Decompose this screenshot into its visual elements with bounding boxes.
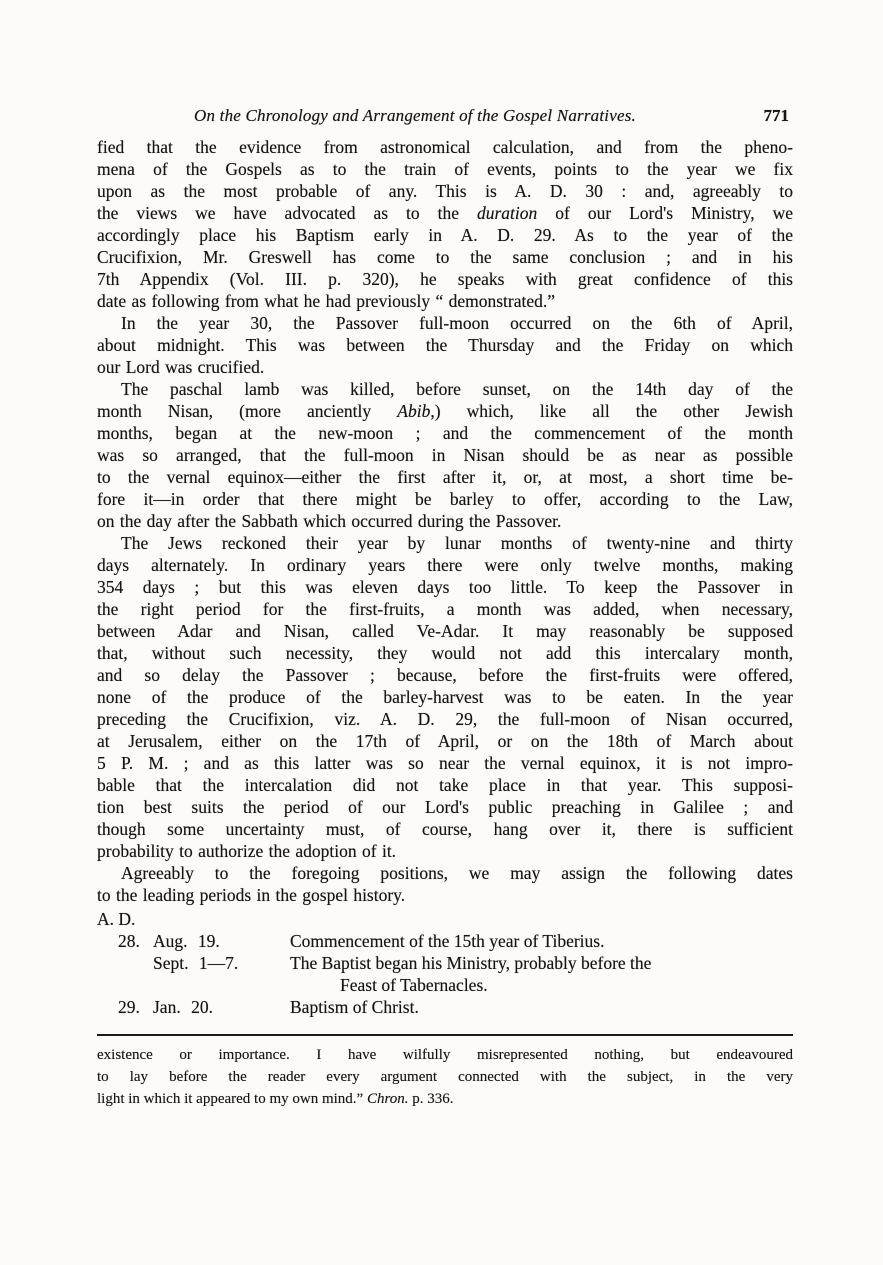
paragraph: The Jews reckoned their year by lunar mo…	[97, 532, 793, 862]
text-column: On the Chronology and Arrangement of the…	[97, 106, 793, 1110]
text-line: Crucifixion, Mr. Greswell has come to th…	[97, 246, 793, 268]
paragraph: In the year 30, the Passover full-moon o…	[97, 312, 793, 378]
text-line: The paschal lamb was killed, before suns…	[97, 378, 793, 400]
text-line: date as following from what he had previ…	[97, 290, 793, 312]
text-line: about midnight. This was between the Thu…	[97, 334, 793, 356]
text-line: preceding the Crucifixion, viz. A. D. 29…	[97, 708, 793, 730]
text-line: The Jews reckoned their year by lunar mo…	[97, 532, 793, 554]
text-line: In the year 30, the Passover full-moon o…	[97, 312, 793, 334]
text-line: upon as the most probable of any. This i…	[97, 180, 793, 202]
text-line: accordingly place his Baptism early in A…	[97, 224, 793, 246]
timeline-row: 28.Aug. 19.Commencement of the 15th year…	[97, 930, 793, 952]
timeline-row: Sept. 1—7.The Baptist began his Ministry…	[97, 952, 793, 996]
text-line: to the leading periods in the gospel his…	[97, 884, 793, 906]
text-line: at Jerusalem, either on the 17th of Apri…	[97, 730, 793, 752]
text-line: fied that the evidence from astronomical…	[97, 136, 793, 158]
text-line: tion best suits the period of our Lord's…	[97, 796, 793, 818]
text-line: to the vernal equinox—either the first a…	[97, 466, 793, 488]
text-line: between Adar and Nisan, called Ve-Adar. …	[97, 620, 793, 642]
text-line: 354 days ; but this was eleven days too …	[97, 576, 793, 598]
text-line: mena of the Gospels as to the train of e…	[97, 158, 793, 180]
text-line: Agreeably to the foregoing positions, we…	[97, 862, 793, 884]
timeline-date: Jan. 20.	[153, 996, 290, 1018]
text-line: on the day after the Sabbath which occur…	[97, 510, 793, 532]
timeline-date: Sept. 1—7.	[153, 952, 290, 974]
footnote: existence or importance. I have wilfully…	[97, 1044, 793, 1110]
footnote-line: to lay before the reader every argument …	[97, 1066, 793, 1088]
text-line: our Lord was crucified.	[97, 356, 793, 378]
timeline-row: 29.Jan. 20.Baptism of Christ.	[97, 996, 793, 1018]
paragraph: The paschal lamb was killed, before suns…	[97, 378, 793, 532]
text-line: and so delay the Passover ; because, bef…	[97, 664, 793, 686]
timeline-date: Aug. 19.	[153, 930, 290, 952]
timeline-description-line: Baptism of Christ.	[290, 996, 793, 1018]
running-head-title: On the Chronology and Arrangement of the…	[97, 106, 793, 126]
text-line: 7th Appendix (Vol. III. p. 320), he spea…	[97, 268, 793, 290]
book-page: On the Chronology and Arrangement of the…	[0, 0, 883, 1265]
text-line: probability to authorize the adoption of…	[97, 840, 793, 862]
text-line: months, began at the new-moon ; and the …	[97, 422, 793, 444]
body-paragraphs: fied that the evidence from astronomical…	[97, 136, 793, 906]
timeline-year: 28.	[97, 930, 153, 952]
footnote-divider	[97, 1034, 793, 1036]
footnote-line: light in which it appeared to my own min…	[97, 1088, 793, 1110]
paragraph: Agreeably to the foregoing positions, we…	[97, 862, 793, 906]
timeline-description: The Baptist began his Ministry, probably…	[290, 952, 793, 996]
text-line: fore it—in order that there might be bar…	[97, 488, 793, 510]
text-line: none of the produce of the barley-harves…	[97, 686, 793, 708]
text-line: though some uncertainty must, of course,…	[97, 818, 793, 840]
page-number: 771	[764, 106, 790, 126]
paragraph: fied that the evidence from astronomical…	[97, 136, 793, 312]
ad-label: A. D.	[97, 908, 793, 930]
text-line: days alternately. In ordinary years ther…	[97, 554, 793, 576]
text-line: 5 P. M. ; and as this latter was so near…	[97, 752, 793, 774]
text-line: the right period for the first-fruits, a…	[97, 598, 793, 620]
timeline-description: Baptism of Christ.	[290, 996, 793, 1018]
timeline-description-line: Feast of Tabernacles.	[290, 974, 793, 996]
timeline-year: 29.	[97, 996, 153, 1018]
timeline-description-line: Commencement of the 15th year of Tiberiu…	[290, 930, 793, 952]
running-head: On the Chronology and Arrangement of the…	[97, 106, 793, 136]
timeline-description-line: The Baptist began his Ministry, probably…	[290, 952, 793, 974]
footnote-line: existence or importance. I have wilfully…	[97, 1044, 793, 1066]
timeline-description: Commencement of the 15th year of Tiberiu…	[290, 930, 793, 952]
text-line: bable that the intercalation did not tak…	[97, 774, 793, 796]
text-line: that, without such necessity, they would…	[97, 642, 793, 664]
text-line: the views we have advocated as to the du…	[97, 202, 793, 224]
text-line: month Nisan, (more anciently Abib,) whic…	[97, 400, 793, 422]
timeline: 28.Aug. 19.Commencement of the 15th year…	[97, 930, 793, 1018]
text-line: was so arranged, that the full-moon in N…	[97, 444, 793, 466]
